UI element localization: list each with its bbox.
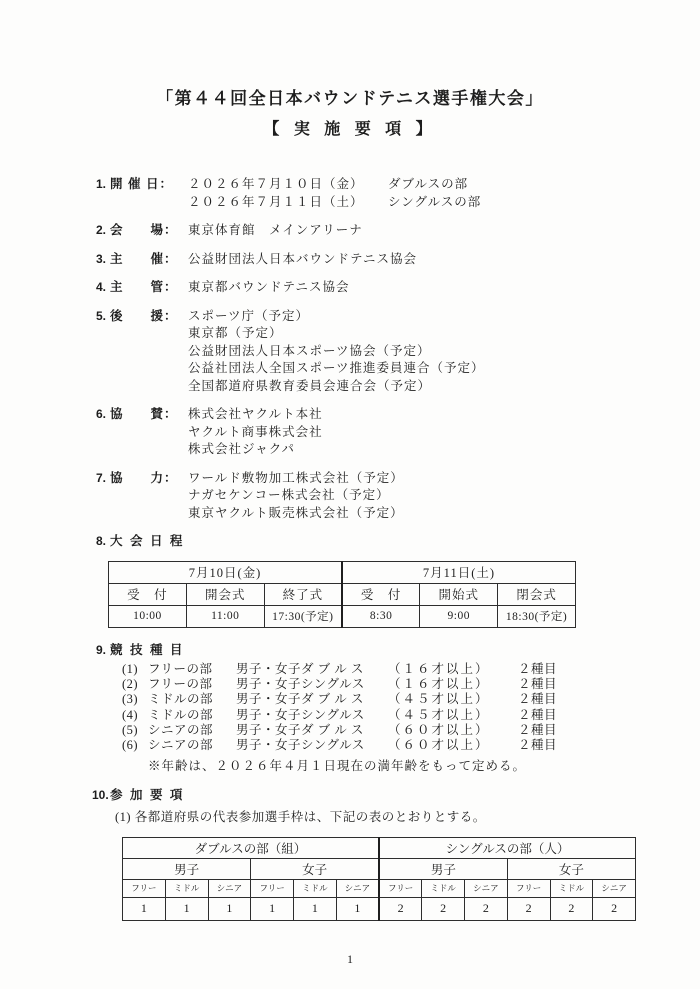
item-values: 公益財団法人日本バウンドテニス協会 [188,251,648,269]
event-count: ２種目 [518,662,557,677]
item-value-text: 株式会社ヤクルト本社 [188,406,388,424]
section9-number: 9. [92,642,106,660]
item-value-text: 全国都道府県教育委員会連合会（予定） [188,378,431,396]
item-value-text: 公益社団法人全国スポーツ推進委員連合（予定） [188,360,485,378]
participation-value-row: 111111222222 [123,897,636,920]
item-row: 1.開 催 日：２０２６年７月１０日（金）ダブルスの部２０２６年７月１１日（土）… [92,176,648,211]
event-type: 男子・女子シングルス [236,738,388,753]
item-values: 東京都バウンドテニス協会 [188,279,648,297]
event-row: (2)フリーの部男子・女子シングルス（１６才以上）２種目 [92,677,648,692]
item-values: スポーツ庁（予定）東京都（予定）公益財団法人日本スポーツ協会（予定）公益社団法人… [188,308,648,396]
item-value-line: ２０２６年７月１１日（土）シングルスの部 [188,194,648,212]
item-value-text: 東京都バウンドテニス協会 [188,279,388,297]
participation-class-header: ミドル [422,879,465,897]
item-value-text: 公益財団法人日本スポーツ協会（予定） [188,343,431,361]
item-value-note: シングルスの部 [388,194,481,212]
participation-value-cell: 2 [550,897,593,920]
event-age-limit: （１６才以上） [388,662,518,677]
event-division: ミドルの部 [148,708,236,723]
item-value-text: 株式会社ジャクパ [188,441,388,459]
events-list: (1)フリーの部男子・女子ダ ブ ル ス（１６才以上）２種目(2)フリーの部男子… [92,662,648,753]
schedule-table-body: 7月10日(金)7月11日(土)受 付開会式終了式受 付開始式閉会式10:001… [109,561,576,627]
participation-group-header: シングルスの部（人） [379,837,636,858]
participation-gender-header: 女子 [251,858,379,879]
item-value-text: ２０２６年７月１０日（金） [188,176,388,194]
item-row: 2.会 場：東京体育館 メインアリーナ [92,222,648,240]
participation-group-row: ダブルスの部（組）シングルスの部（人） [123,837,636,858]
schedule-col-header: 閉会式 [498,583,576,605]
event-row: (6)シニアの部男子・女子シングルス（６０才以上）２種目 [92,738,648,753]
event-number: (4) [122,708,148,723]
item-label: 会 場： [110,222,188,240]
item-value-text: スポーツ庁（予定） [188,308,388,326]
event-count: ２種目 [518,708,557,723]
item-values: ワールド敷物加工株式会社（予定）ナガセケンコー株式会社（予定）東京ヤクルト販売株… [188,470,648,523]
item-values: ２０２６年７月１０日（金）ダブルスの部２０２６年７月１１日（土）シングルスの部 [188,176,648,211]
schedule-col-header: 開会式 [186,583,264,605]
item-value-line: ヤクルト商事株式会社 [188,424,648,442]
item-value-text: 東京体育館 メインアリーナ [188,222,388,240]
item-value-line: ２０２６年７月１０日（金）ダブルスの部 [188,176,648,194]
participation-gender-header: 男子 [379,858,507,879]
schedule-col-header: 受 付 [109,583,187,605]
participation-value-cell: 1 [336,897,379,920]
document-subtitle: 【 実 施 要 項 】 [0,116,700,139]
participation-class-header: シニア [465,879,508,897]
item-number: 3. [92,251,106,269]
schedule-label-row: 受 付開会式終了式受 付開始式閉会式 [109,583,576,605]
event-type: 男子・女子ダ ブ ル ス [236,723,388,738]
schedule-time-cell: 9:00 [420,605,498,627]
item-value-note: ダブルスの部 [388,176,468,194]
event-count: ２種目 [518,677,557,692]
document-body: 1.開 催 日：２０２６年７月１０日（金）ダブルスの部２０２６年７月１１日（土）… [92,176,648,921]
participation-gender-header: 男子 [123,858,251,879]
event-type: 男子・女子シングルス [236,708,388,723]
item-label: 開 催 日： [110,176,188,211]
item-value-text: 東京都（予定） [188,325,388,343]
event-number: (2) [122,677,148,692]
participation-group-header: ダブルスの部（組） [123,837,380,858]
event-count: ２種目 [518,692,557,707]
participation-class-header: ミドル [165,879,208,897]
items-list: 1.開 催 日：２０２６年７月１０日（金）ダブルスの部２０２６年７月１１日（土）… [92,176,648,522]
item-values: 東京体育館 メインアリーナ [188,222,648,240]
participation-class-header: フリー [379,879,422,897]
item-value-text: ２０２６年７月１１日（土） [188,194,388,212]
event-division: フリーの部 [148,662,236,677]
schedule-table-container: 7月10日(金)7月11日(土)受 付開会式終了式受 付開始式閉会式10:001… [92,561,648,628]
item-value-line: 東京都（予定） [188,325,648,343]
event-number: (5) [122,723,148,738]
schedule-col-header: 終了式 [264,583,342,605]
item-value-line: 公益財団法人日本バウンドテニス協会 [188,251,648,269]
item-value-line: 株式会社ヤクルト本社 [188,406,648,424]
schedule-time-row: 10:0011:0017:30(予定)8:309:0018:30(予定) [109,605,576,627]
event-row: (3)ミドルの部男子・女子ダ ブ ル ス（４５才以上）２種目 [92,692,648,707]
item-row: 6.協 賛：株式会社ヤクルト本社ヤクルト商事株式会社株式会社ジャクパ [92,406,648,459]
schedule-col-header: 開始式 [420,583,498,605]
item-value-line: ワールド敷物加工株式会社（予定） [188,470,648,488]
participation-class-header: フリー [251,879,294,897]
item-value-text: 東京ヤクルト販売株式会社（予定） [188,505,404,523]
participation-gender-row: 男子女子男子女子 [123,858,636,879]
scanned-document-page: 「第４４回全日本バウンドテニス選手権大会」 【 実 施 要 項 】 1.開 催 … [0,0,700,989]
item-label: 主 管： [110,279,188,297]
item-number: 4. [92,279,106,297]
event-type: 男子・女子シングルス [236,677,388,692]
item-label: 主 催： [110,251,188,269]
section10-subitem: (1) 各都道府県の代表参加選手枠は、下記の表のとおりとする。 [115,807,648,825]
participation-class-header: シニア [593,879,636,897]
schedule-time-cell: 8:30 [342,605,420,627]
event-count: ２種目 [518,738,557,753]
event-row: (4)ミドルの部男子・女子シングルス（４５才以上）２種目 [92,708,648,723]
section8-number: 8. [92,533,106,551]
section10-number: 10. [92,787,106,805]
item-number: 7. [92,470,106,523]
schedule-time-cell: 10:00 [109,605,187,627]
event-number: (6) [122,738,148,753]
schedule-day-header: 7月10日(金) [109,561,342,583]
item-value-line: 東京体育館 メインアリーナ [188,222,648,240]
event-age-limit: （６０才以上） [388,738,518,753]
schedule-col-header: 受 付 [342,583,420,605]
item-number: 2. [92,222,106,240]
item-label: 協 力： [110,470,188,523]
schedule-day-header: 7月11日(土) [342,561,576,583]
event-division: シニアの部 [148,723,236,738]
participation-value-cell: 1 [251,897,294,920]
section10-heading-text: 参 加 要 項 [110,787,184,805]
event-age-limit: （６０才以上） [388,723,518,738]
participation-value-cell: 2 [422,897,465,920]
participation-gender-header: 女子 [507,858,635,879]
schedule-time-cell: 18:30(予定) [498,605,576,627]
participation-class-header: フリー [507,879,550,897]
section8-heading: 8. 大 会 日 程 [92,533,648,551]
event-number: (3) [122,692,148,707]
event-type: 男子・女子ダ ブ ル ス [236,662,388,677]
event-age-limit: （４５才以上） [388,692,518,707]
schedule-day-row: 7月10日(金)7月11日(土) [109,561,576,583]
event-number: (1) [122,662,148,677]
item-row: 5.後 援：スポーツ庁（予定）東京都（予定）公益財団法人日本スポーツ協会（予定）… [92,308,648,396]
item-value-line: スポーツ庁（予定） [188,308,648,326]
participation-table-container: ダブルスの部（組）シングルスの部（人）男子女子男子女子フリーミドルシニアフリーミ… [92,837,648,921]
item-value-text: ナガセケンコー株式会社（予定） [188,487,390,505]
item-row: 3.主 催：公益財団法人日本バウンドテニス協会 [92,251,648,269]
item-values: 株式会社ヤクルト本社ヤクルト商事株式会社株式会社ジャクパ [188,406,648,459]
participation-class-header: フリー [123,879,166,897]
item-value-text: 公益財団法人日本バウンドテニス協会 [188,251,417,269]
item-value-line: 株式会社ジャクパ [188,441,648,459]
item-row: 7.協 力：ワールド敷物加工株式会社（予定）ナガセケンコー株式会社（予定）東京ヤ… [92,470,648,523]
item-value-text: ワールド敷物加工株式会社（予定） [188,470,404,488]
participation-class-header: ミドル [550,879,593,897]
participation-class-header: ミドル [294,879,337,897]
page-number: 1 [0,952,700,967]
participation-value-cell: 1 [294,897,337,920]
age-note: ※年齢は、２０２６年４月１日現在の満年齢をもって定める。 [148,756,648,774]
participation-value-cell: 2 [379,897,422,920]
item-row: 4.主 管：東京都バウンドテニス協会 [92,279,648,297]
item-label: 協 賛： [110,406,188,459]
event-division: フリーの部 [148,677,236,692]
schedule-time-cell: 11:00 [186,605,264,627]
participation-class-header: シニア [336,879,379,897]
section9-heading: 9. 競 技 種 目 [92,642,648,660]
item-value-line: 公益社団法人全国スポーツ推進委員連合（予定） [188,360,648,378]
event-division: ミドルの部 [148,692,236,707]
item-value-text: ヤクルト商事株式会社 [188,424,388,442]
item-number: 6. [92,406,106,459]
item-value-line: 全国都道府県教育委員会連合会（予定） [188,378,648,396]
event-division: シニアの部 [148,738,236,753]
item-number: 5. [92,308,106,396]
event-type: 男子・女子ダ ブ ル ス [236,692,388,707]
section10-heading: 10. 参 加 要 項 [92,787,648,805]
participation-value-cell: 2 [593,897,636,920]
participation-value-cell: 1 [165,897,208,920]
participation-value-cell: 1 [123,897,166,920]
item-value-line: 東京ヤクルト販売株式会社（予定） [188,505,648,523]
participation-table-body: ダブルスの部（組）シングルスの部（人）男子女子男子女子フリーミドルシニアフリーミ… [123,837,636,920]
item-label: 後 援： [110,308,188,396]
participation-class-row: フリーミドルシニアフリーミドルシニアフリーミドルシニアフリーミドルシニア [123,879,636,897]
item-value-line: 公益財団法人日本スポーツ協会（予定） [188,343,648,361]
document-title: 「第４４回全日本バウンドテニス選手権大会」 [0,84,700,109]
participation-value-cell: 1 [208,897,251,920]
schedule-time-cell: 17:30(予定) [264,605,342,627]
participation-table: ダブルスの部（組）シングルスの部（人）男子女子男子女子フリーミドルシニアフリーミ… [122,837,636,921]
event-age-limit: （４５才以上） [388,708,518,723]
event-row: (1)フリーの部男子・女子ダ ブ ル ス（１６才以上）２種目 [92,662,648,677]
event-count: ２種目 [518,723,557,738]
section8-heading-text: 大 会 日 程 [110,533,184,551]
event-row: (5)シニアの部男子・女子ダ ブ ル ス（６０才以上）２種目 [92,723,648,738]
participation-class-header: シニア [208,879,251,897]
item-value-line: 東京都バウンドテニス協会 [188,279,648,297]
event-age-limit: （１６才以上） [388,677,518,692]
schedule-table: 7月10日(金)7月11日(土)受 付開会式終了式受 付開始式閉会式10:001… [108,561,576,628]
item-number: 1. [92,176,106,211]
participation-value-cell: 2 [507,897,550,920]
participation-value-cell: 2 [465,897,508,920]
section9-heading-text: 競 技 種 目 [110,642,184,660]
item-value-line: ナガセケンコー株式会社（予定） [188,487,648,505]
